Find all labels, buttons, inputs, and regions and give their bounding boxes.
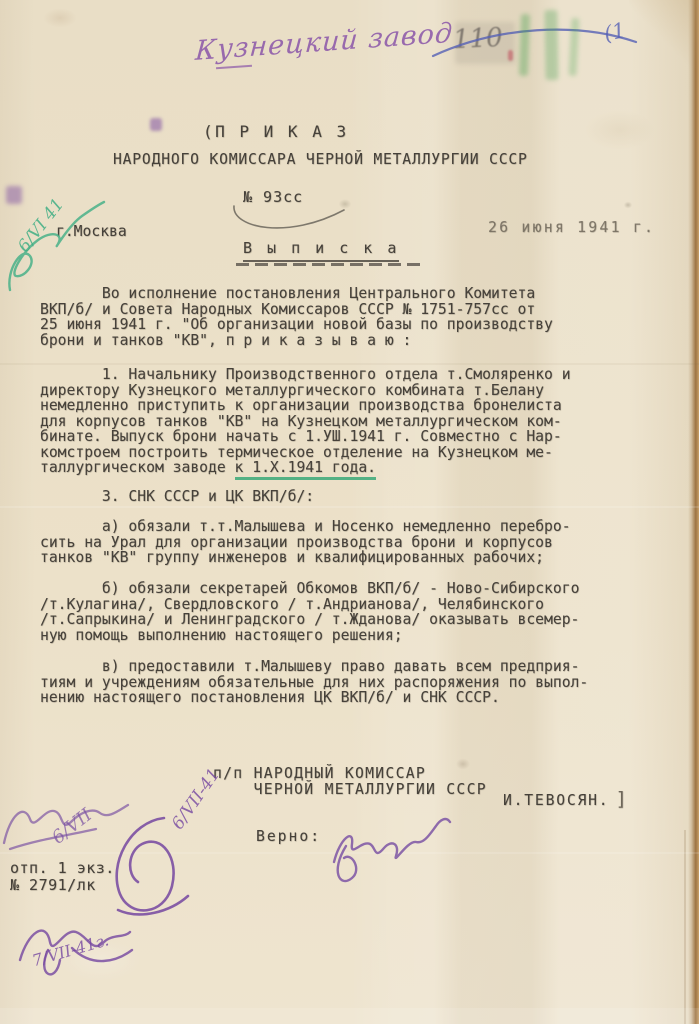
order-title: (П Р И К А З bbox=[203, 124, 349, 140]
signatory-title: п/п НАРОДНЫЙ КОМИССАР ЧЕРНОЙ МЕТАЛЛУРГИИ… bbox=[213, 766, 487, 797]
item-3a-paragraph: а) обязали т.т.Малышева и Носенко немедл… bbox=[40, 519, 668, 566]
doc-type-heading: В ы п и с к а bbox=[243, 241, 399, 262]
signatory-name: И.ТЕВОСЯН. bbox=[503, 792, 609, 809]
item-1-paragraph: 1. Начальнику Производственного отдела т… bbox=[40, 367, 668, 476]
pencil-bracket-mark: ] bbox=[615, 788, 628, 810]
date-label: 26 июня 1941 г. bbox=[488, 220, 655, 236]
blue-corner-annotation: (1 bbox=[602, 18, 628, 46]
red-pencil-speck bbox=[508, 50, 513, 61]
bottom-light-band bbox=[0, 1008, 699, 1024]
item-3-heading: 3. СНК СССР и ЦК ВКП/б/: bbox=[40, 489, 668, 505]
green-crayon-smudge bbox=[544, 10, 558, 80]
page-right-edge bbox=[688, 0, 699, 1024]
item-3v-paragraph: в) предоставили т.Малышеву право давать … bbox=[40, 659, 668, 706]
item-3b-paragraph: б) обязали секретарей Обкомов ВКП/б/ - Н… bbox=[40, 581, 668, 643]
certifier-signature bbox=[318, 798, 458, 893]
item-1-deadline-underlined: к 1.Х.1941 года. bbox=[235, 459, 376, 480]
crease-line bbox=[0, 506, 699, 508]
signatory-name-line: И.ТЕВОСЯН.] bbox=[503, 792, 629, 809]
pencil-arc-mark bbox=[228, 198, 353, 243]
preamble-paragraph: Во исполнение постановления Центрального… bbox=[40, 286, 668, 348]
page-edge-shadow bbox=[684, 830, 686, 1024]
order-issuer: НАРОДНОГО КОМИССАРА ЧЕРНОЙ МЕТАЛЛУРГИИ С… bbox=[113, 152, 528, 168]
certified-label: Верно: bbox=[256, 829, 321, 845]
typed-dash-rule bbox=[236, 263, 421, 266]
handwritten-underline bbox=[216, 65, 252, 70]
document-page: Кузнецкий завод 110 (1 (П Р И К А З НАРО… bbox=[0, 0, 699, 1024]
crease-line bbox=[0, 363, 699, 365]
ink-blot bbox=[150, 118, 162, 131]
